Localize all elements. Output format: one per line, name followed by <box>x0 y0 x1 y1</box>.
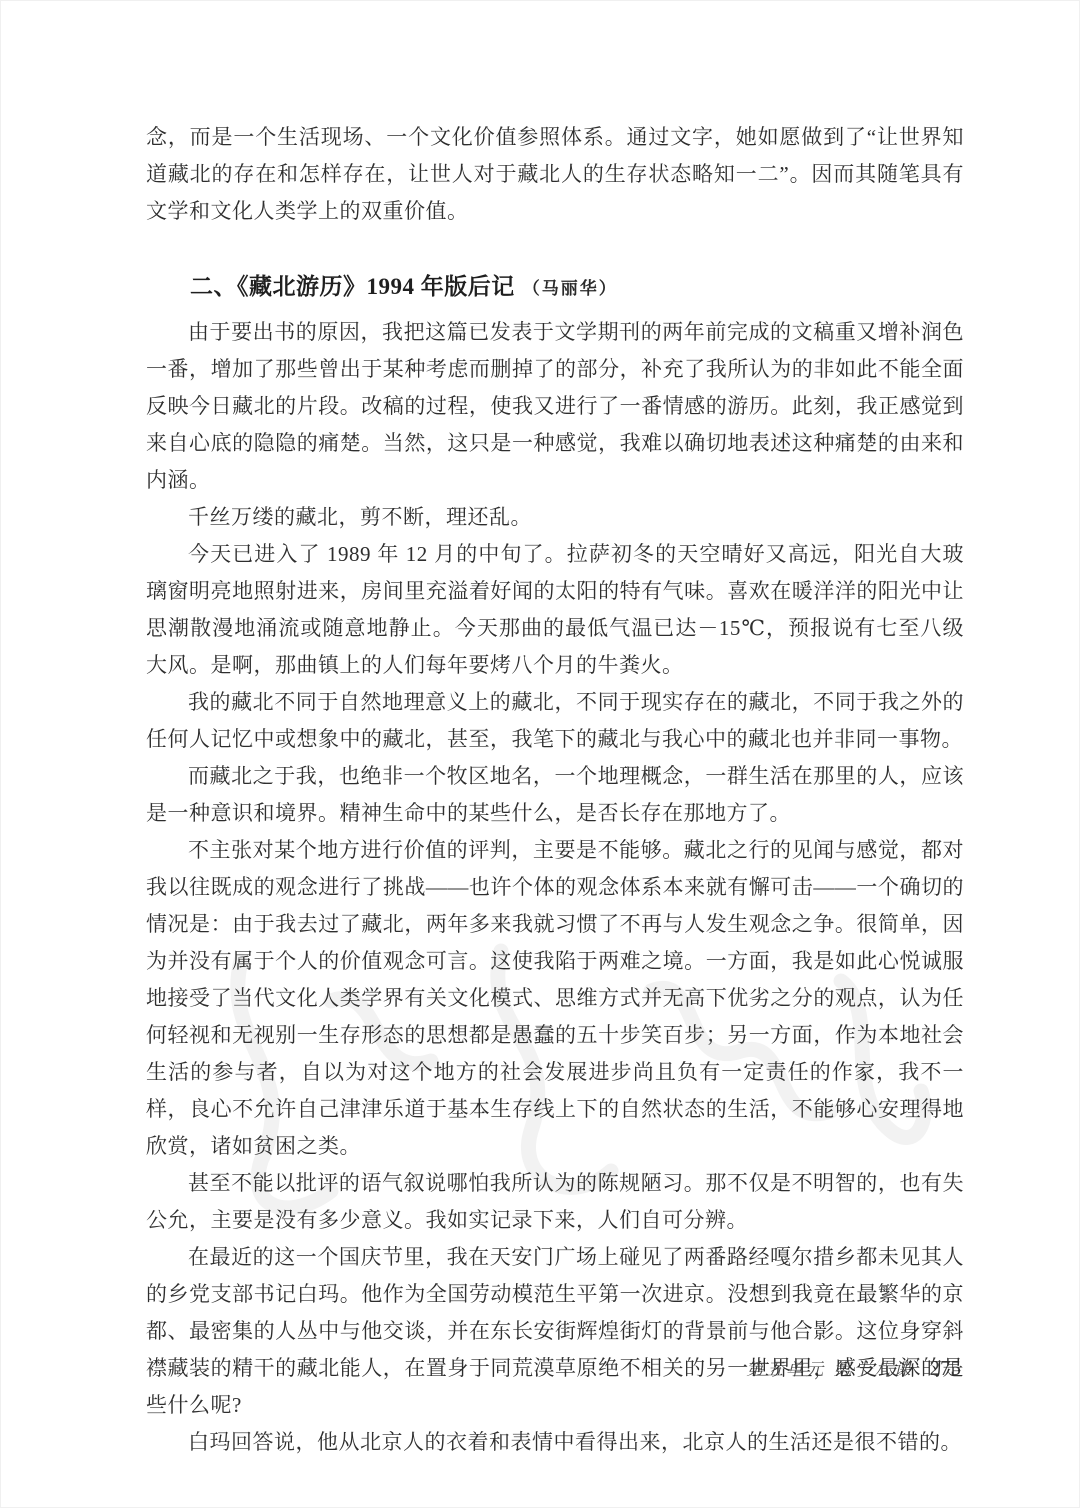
paragraph: 白玛回答说，他从北京人的衣着和表情中看得出来，北京人的生活还是很不错的。 <box>146 1424 964 1461</box>
paragraph: 由于要出书的原因，我把这篇已发表于文学期刊的两年前完成的文稿重又增补润色一番，增… <box>146 314 964 499</box>
section-heading-author: （马丽华） <box>523 279 618 298</box>
continuation-paragraph: 念，而是一个生活现场、一个文化价值参照体系。通过文字，她如愿做到了“让世界知道藏… <box>146 119 964 230</box>
paragraph: 今天已进入了 1989 年 12 月的中旬了。拉萨初冬的天空晴好又高远，阳光自大… <box>146 536 964 684</box>
section-heading-title: 二、《藏北游历》1994 年版后记 <box>190 274 515 299</box>
article-body: 念，而是一个生活现场、一个文化价值参照体系。通过文字，她如愿做到了“让世界知道藏… <box>146 119 964 1461</box>
paragraph: 而藏北之于我，也绝非一个牧区地名，一个地理概念，一群生活在那里的人，应该是一种意… <box>146 758 964 832</box>
paragraph: 在最近的这一个国庆节里，我在天安门广场上碰见了两番路经嘎尔措乡都未见其人的乡党支… <box>146 1239 964 1424</box>
paragraph: 不主张对某个地方进行价值的评判，主要是不能够。藏北之行的见闻与感觉，都对我以往既… <box>146 832 964 1165</box>
paragraph: 我的藏北不同于自然地理意义上的藏北，不同于现实存在的藏北，不同于我之外的任何人记… <box>146 684 964 758</box>
paragraph: 甚至不能以批评的语气叙说哪怕我所认为的陈规陋习。那不仅是不明智的，也有失公允，主… <box>146 1165 964 1239</box>
paragraph: 千丝万缕的藏北，剪不断，理还乱。 <box>146 499 964 536</box>
book-page: 念，而是一个生活现场、一个文化价值参照体系。通过文字，她如愿做到了“让世界知道藏… <box>0 0 1080 1508</box>
section-heading: 二、《藏北游历》1994 年版后记（马丽华） <box>146 270 964 306</box>
